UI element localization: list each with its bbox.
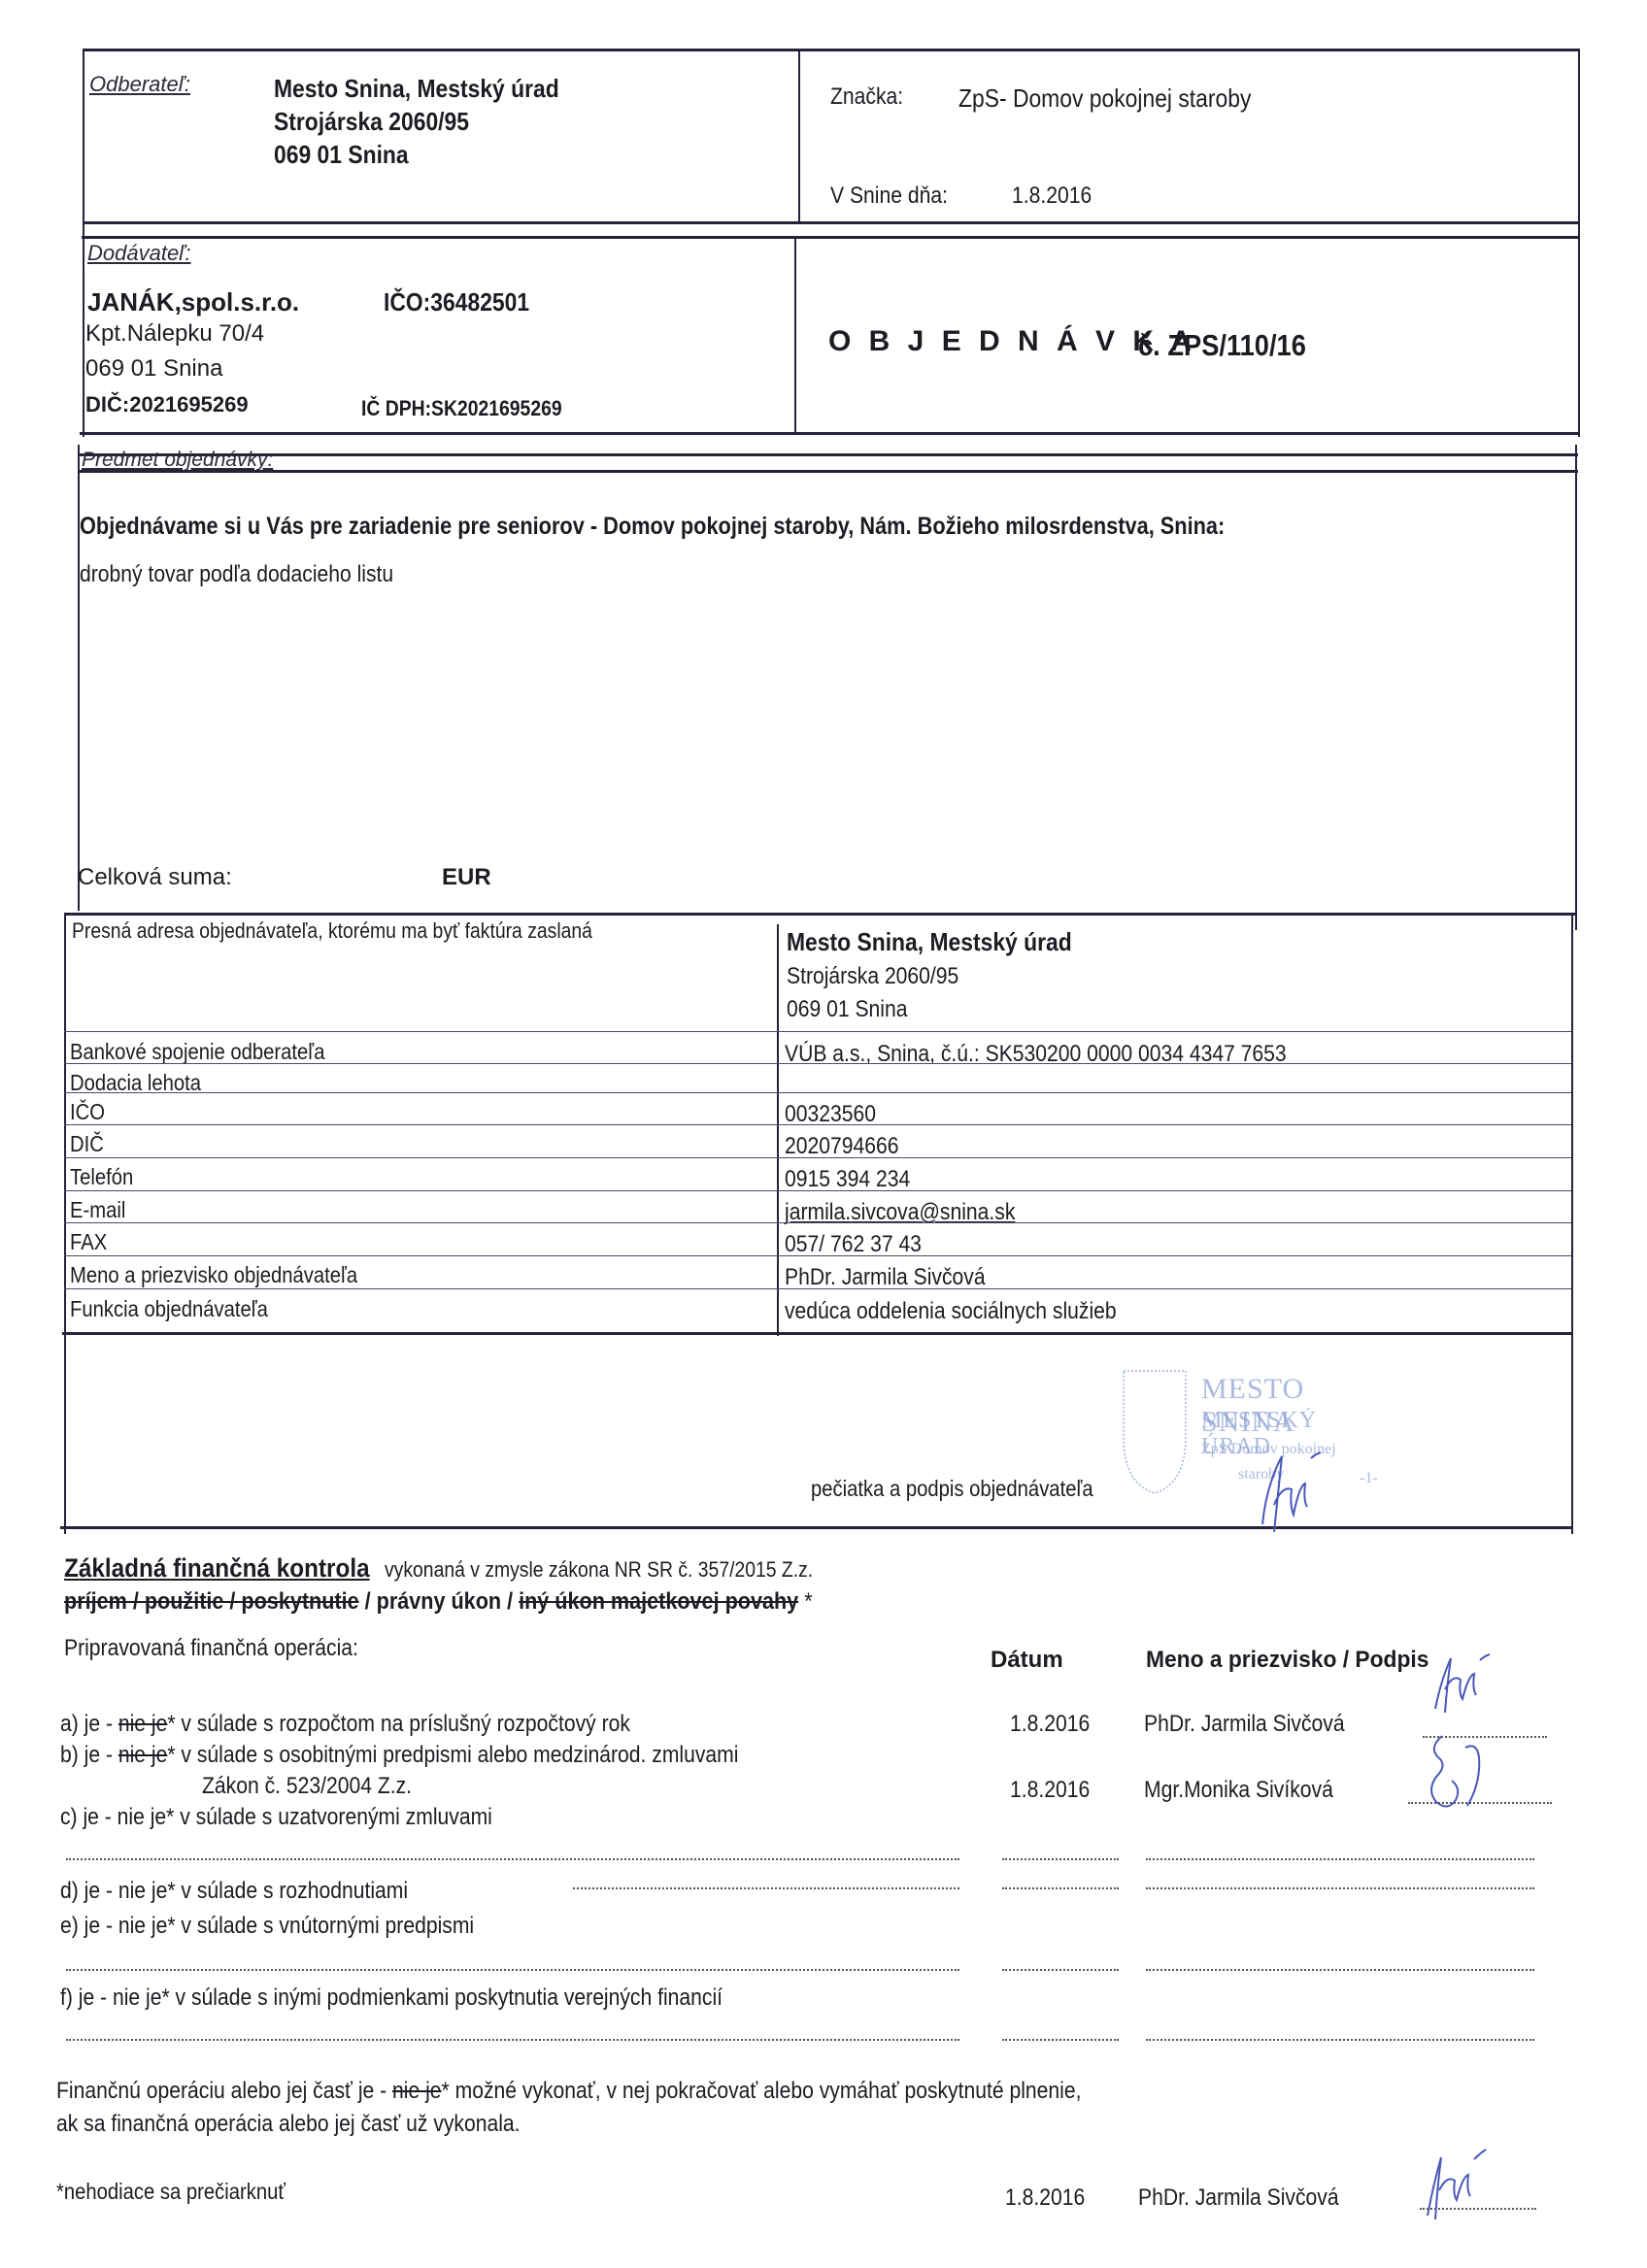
dodavatel-ic-dph: IČ DPH:SK2021695269 xyxy=(361,396,589,421)
row-divider xyxy=(64,1157,1571,1158)
date-fill-line xyxy=(1002,1858,1119,1860)
info-row-value: 0915 394 234 xyxy=(785,1166,927,1193)
info-row-label: Telefón xyxy=(70,1164,142,1190)
dodavatel-dic: DIČ:2021695269 xyxy=(85,392,249,417)
odberatel-name: Mesto Snina, Mestský úrad xyxy=(274,72,559,105)
info-row-label: Funkcia objednávateľa xyxy=(70,1296,295,1322)
operation-label: Pripravovaná finančná operácia: xyxy=(64,1635,398,1662)
info-row-label: FAX xyxy=(70,1229,112,1255)
official-stamp: MESTO SNINA MESTSKÝ ÚRAD ZpS Domov pokoj… xyxy=(976,1369,1394,1524)
fill-line xyxy=(66,2039,959,2041)
date-fill-line xyxy=(1002,1969,1119,1971)
control-item-name: Mgr.Monika Sivíková xyxy=(1144,1777,1359,1804)
date-fill-line xyxy=(1002,1887,1119,1889)
row-divider xyxy=(64,1255,1571,1256)
date-fill-line xyxy=(1002,2039,1119,2041)
signature-fill-line xyxy=(1146,1858,1534,1860)
odberatel-street: Strojárska 2060/95 xyxy=(274,105,469,138)
control-item-date: 1.8.2016 xyxy=(1010,1777,1100,1804)
total-currency: EUR xyxy=(442,864,491,891)
info-row-value: 2020794666 xyxy=(785,1133,914,1160)
order-date: 1.8.2016 xyxy=(1012,183,1102,210)
coat-of-arms-icon xyxy=(1122,1369,1190,1495)
dodavatel-name: JANÁK,spol.s.r.o. xyxy=(87,287,299,317)
info-row-value: vedúca oddelenia sociálnych služieb xyxy=(785,1298,1161,1325)
control-item: c) je - nie je* v súlade s uzatvorenými … xyxy=(60,1804,552,1831)
date-label: V Snine dňa: xyxy=(830,183,963,210)
row-divider xyxy=(64,1092,1571,1093)
dodavatel-ico: IČO:36482501 xyxy=(384,287,550,317)
conclusion-line-2: ak sa finančná operácia alebo jej časť u… xyxy=(56,2111,584,2138)
control-item: d) je - nie je* v súlade s rozhodnutiami xyxy=(60,1878,455,1905)
order-number: č. ZPS/110/16 xyxy=(1138,328,1328,363)
predmet-intro: Objednávame si u Vás pre zariadenie pre … xyxy=(80,513,1395,541)
odberatel-label: Odberateľ: xyxy=(89,72,190,97)
stamp-number: -1- xyxy=(1360,1470,1378,1487)
control-item: e) je - nie je* v súlade s vnútornými pr… xyxy=(60,1913,530,1940)
info-row-value: PhDr. Jarmila Sivčová xyxy=(785,1264,1013,1291)
control-title: Základná finančná kontrola xyxy=(64,1553,370,1584)
row-divider xyxy=(64,1124,1571,1125)
control-item: b) je - nie je* v súlade s osobitnými pr… xyxy=(60,1742,831,1769)
signature-icon xyxy=(1428,1651,1496,1718)
invoice-address-label: Presná adresa objednávateľa, ktorému ma … xyxy=(72,918,663,944)
row-divider xyxy=(64,1222,1571,1223)
row-divider xyxy=(64,1063,1571,1064)
info-row-label: Bankové spojenie odberateľa xyxy=(70,1039,359,1065)
control-item: f) je - nie je* v súlade s inými podmien… xyxy=(60,1984,813,2012)
control-item-name: PhDr. Jarmila Sivčová xyxy=(1144,1711,1372,1738)
predmet-description: drobný tovar podľa dodacieho listu xyxy=(80,561,436,588)
signature-icon xyxy=(1418,2146,1496,2223)
control-title-line: Základná finančná kontrola vykonaná v zm… xyxy=(64,1553,871,1584)
control-item-sub: Zákon č. 523/2004 Z.z. xyxy=(202,1773,440,1800)
control-item: a) je - nie je* v súlade s rozpočtom na … xyxy=(60,1711,708,1738)
signature-fill-line xyxy=(1146,1887,1534,1889)
odberatel-city: 069 01 Snina xyxy=(274,138,409,171)
dodavatel-city: 069 01 Snina xyxy=(85,355,222,383)
row-divider xyxy=(64,1031,1571,1032)
signature-icon xyxy=(1253,1447,1330,1534)
dodavatel-label: Dodávateľ: xyxy=(87,241,190,266)
info-row-value: 057/ 762 37 43 xyxy=(785,1231,940,1258)
conclusion-line-1: Finančnú operáciu alebo jej časť je - ni… xyxy=(56,2078,1221,2105)
odberatel-block: Mesto Snina, Mestský úrad Strojárska 206… xyxy=(274,72,598,171)
znacka-value: ZpS- Domov pokojnej staroby xyxy=(958,83,1291,114)
signature-icon xyxy=(1423,1728,1500,1816)
row-divider xyxy=(64,1288,1571,1289)
invoice-address-name: Mesto Snina, Mestský úrad xyxy=(787,927,1111,957)
control-type-active: právny úkon xyxy=(377,1588,501,1615)
invoice-address-city: 069 01 Snina xyxy=(787,996,924,1023)
invoice-address-street: Strojárska 2060/95 xyxy=(787,963,982,990)
column-name-header: Meno a priezvisko / Podpis xyxy=(1146,1647,1444,1674)
fill-line xyxy=(66,1969,959,1971)
info-row-label: IČO xyxy=(70,1099,110,1125)
info-row-label: DIČ xyxy=(70,1131,109,1157)
final-name: PhDr. Jarmila Sivčová xyxy=(1138,2185,1366,2212)
info-row-label: E-mail xyxy=(70,1197,133,1223)
footnote: *nehodiace sa prečiarknuť xyxy=(56,2179,317,2205)
control-type: príjem / použitie / poskytnutie / právny… xyxy=(64,1588,895,1616)
fill-line xyxy=(66,1858,959,1860)
row-divider xyxy=(64,1190,1571,1191)
info-row-label: Meno a priezvisko objednávateľa xyxy=(70,1262,397,1288)
dodavatel-street: Kpt.Nálepku 70/4 xyxy=(85,320,264,348)
total-label: Celková suma: xyxy=(78,864,232,891)
signature-fill-line xyxy=(1146,2039,1534,2041)
control-item-date: 1.8.2016 xyxy=(1010,1711,1100,1738)
fill-line xyxy=(573,1887,959,1889)
final-date: 1.8.2016 xyxy=(1005,2185,1095,2212)
signature-fill-line xyxy=(1146,1969,1534,1971)
predmet-label: Predmet objednávky: xyxy=(82,449,273,472)
control-law: vykonaná v zmysle zákona NR SR č. 357/20… xyxy=(385,1557,813,1583)
znacka-label: Značka: xyxy=(830,83,913,111)
column-date-header: Dátum xyxy=(991,1647,1063,1674)
